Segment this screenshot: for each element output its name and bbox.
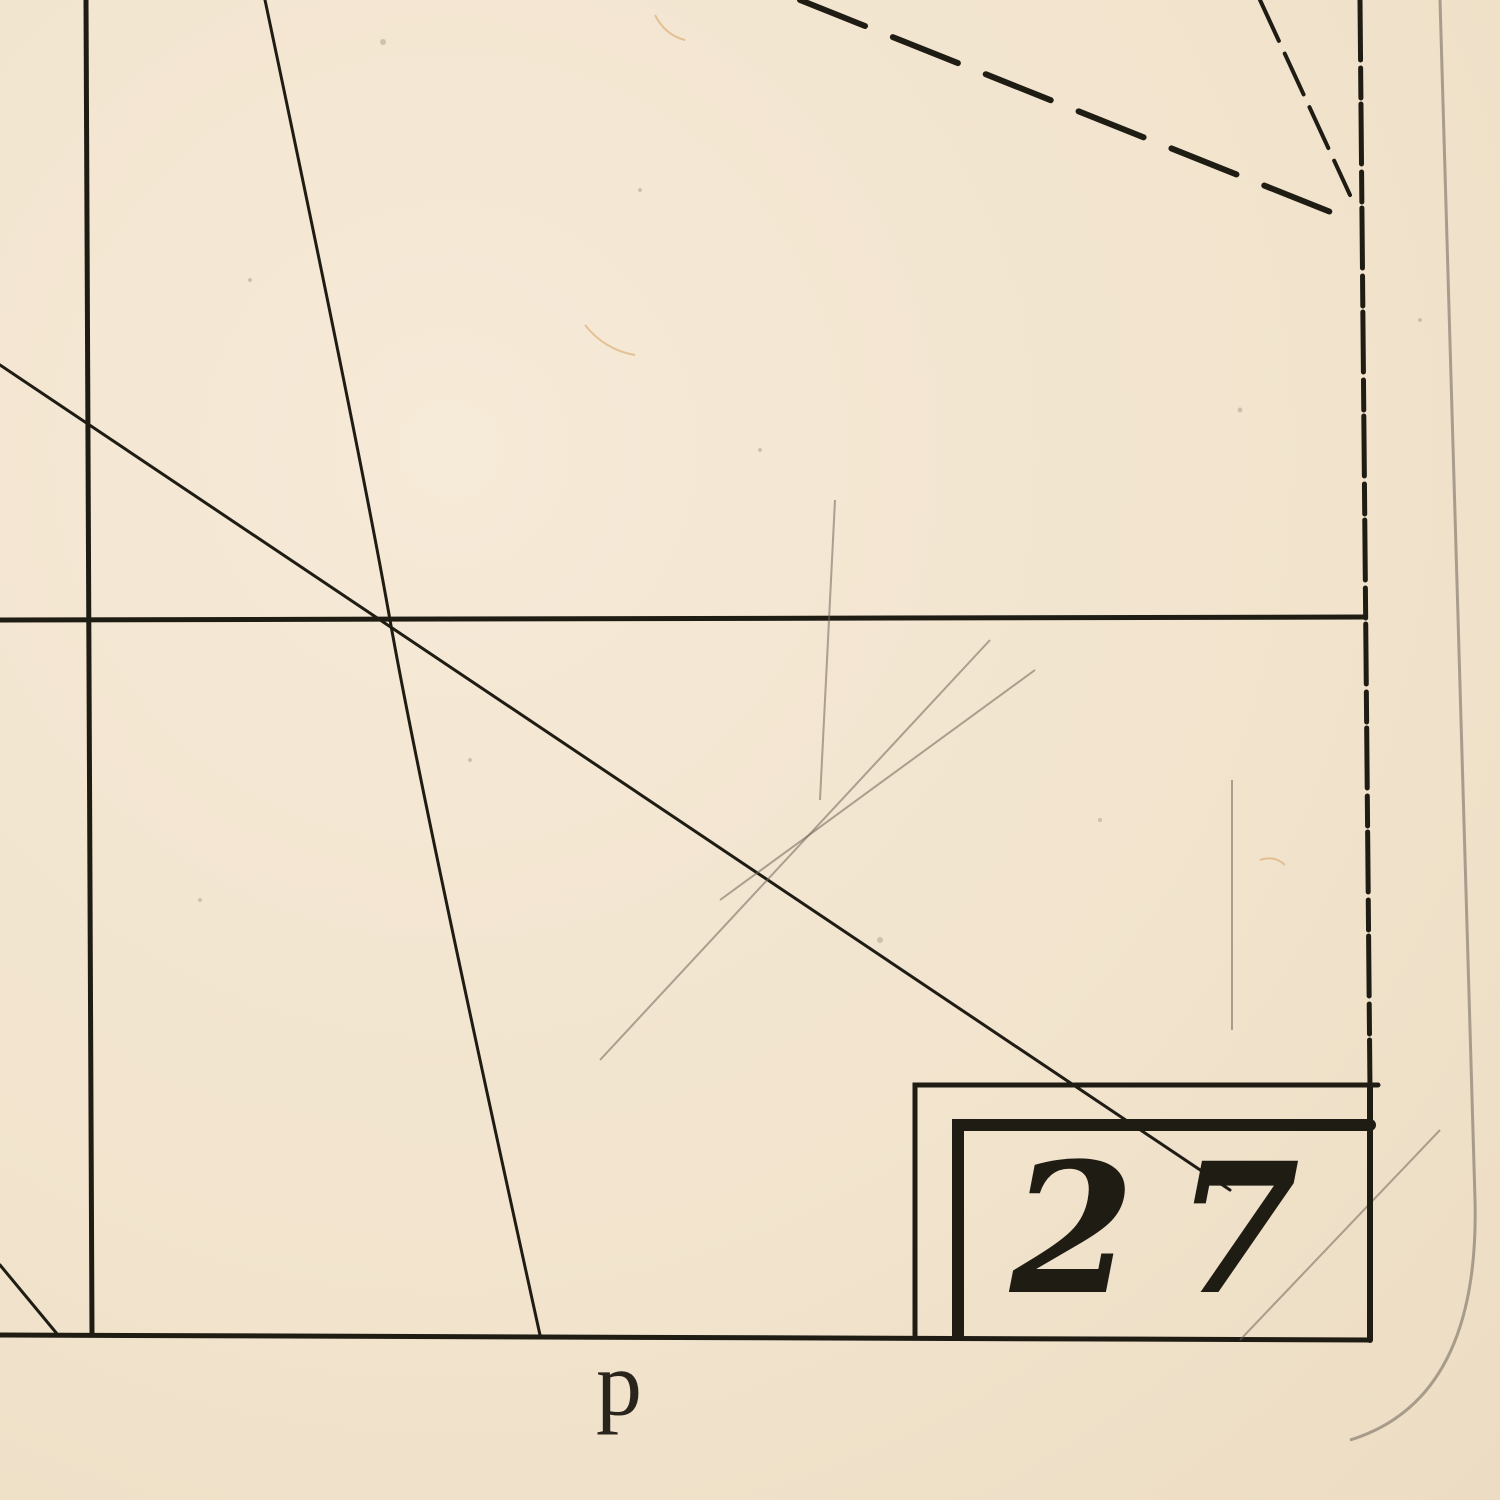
paper-stains	[585, 15, 1285, 865]
lower-left-diagonal	[0, 1265, 58, 1335]
diagonal-line	[0, 365, 1230, 1190]
dashed-line-top	[800, 0, 1338, 215]
faint-construction-line	[600, 640, 990, 1060]
plate-number: 27	[995, 1125, 1355, 1335]
horizontal-line	[0, 617, 1365, 620]
faint-construction-line	[820, 500, 835, 800]
bottom-baseline	[0, 1335, 1370, 1340]
engraving-plate: 27 p	[0, 0, 1500, 1500]
point-label-p: p	[596, 1338, 642, 1430]
left-vertical-line	[86, 0, 92, 1335]
dashed-line-steep	[1260, 0, 1350, 195]
curved-line	[265, 0, 540, 1335]
faint-construction-line	[720, 670, 1035, 900]
right-vertical-line	[1360, 0, 1370, 1090]
